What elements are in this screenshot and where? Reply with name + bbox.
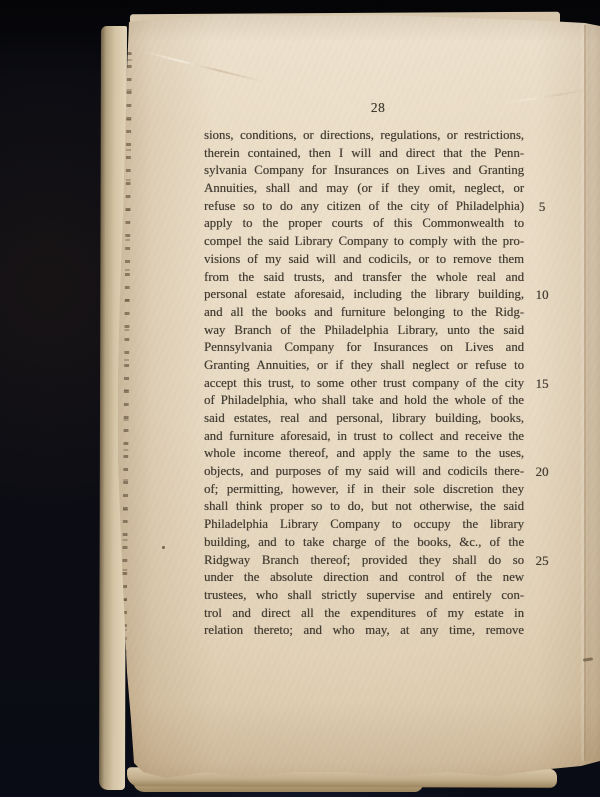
text-line: visions of my said will and codicils, or… — [204, 251, 524, 269]
page-number: 28 — [218, 100, 538, 116]
text-line: and all the books and furniture belongin… — [204, 304, 524, 322]
text-line: Pennsylvania Company for Insurances on L… — [204, 339, 524, 357]
text-line: Granting Annuities, or if they shall neg… — [204, 357, 524, 375]
text-line: Annuities, shall and may (or if they omi… — [204, 180, 524, 198]
margin-line-number: 15 — [529, 375, 555, 393]
text-line: and furniture aforesaid, in trust to col… — [204, 428, 524, 446]
fore-edge-line — [584, 25, 586, 761]
text-line: Philadelphia Library Company to occupy t… — [204, 516, 524, 534]
text-line: whole income thereof, and apply the same… — [204, 445, 524, 463]
text-line: said estates, real and personal, library… — [204, 410, 524, 428]
edge-mark — [583, 657, 593, 661]
paper-crease — [144, 51, 266, 83]
margin-line-number: 25 — [529, 552, 555, 570]
text-line: sylvania Company for Insurances on Lives… — [204, 162, 524, 180]
text-line: of; permitting, however, if in their sol… — [204, 481, 524, 499]
text-line: compel the said Library Company to compl… — [204, 233, 524, 251]
text-line: apply to the proper courts of this Commo… — [204, 215, 524, 233]
margin-line-number: 10 — [529, 286, 555, 304]
margin-line-number: 20 — [529, 463, 555, 481]
text-line: building, and to take charge of the book… — [204, 534, 524, 552]
text-line: trol and direct all the expenditures of … — [204, 605, 524, 623]
text-line: trustees, who shall strictly supervise a… — [204, 587, 524, 605]
body-text: sions, conditions, or directions, regula… — [204, 127, 524, 640]
text-line: relation thereto; and who may, at any ti… — [204, 622, 524, 640]
text-line: therein contained, then I will and direc… — [204, 145, 524, 163]
ink-speck — [162, 546, 165, 549]
text-line: refuse so to do any citizen of the city … — [204, 198, 524, 216]
text-line: shall think proper so to do, but not oth… — [204, 498, 524, 516]
text-line: way Branch of the Philadelphia Library, … — [204, 322, 524, 340]
text-line: under the absolute direction and control… — [204, 569, 524, 587]
text-line: from the said trusts, and transfer the w… — [204, 269, 524, 287]
text-line: objects, and purposes of my said will an… — [204, 463, 524, 481]
text-line: Ridgway Branch thereof; provided they sh… — [204, 552, 524, 570]
scanned-book-page-photo: 28 sions, conditions, or directions, reg… — [0, 0, 600, 797]
margin-line-number: 5 — [529, 198, 555, 216]
text-line: of Philadelphia, who shall take and hold… — [204, 392, 524, 410]
text-line: personal estate aforesaid, including the… — [204, 286, 524, 304]
text-line: sions, conditions, or directions, regula… — [204, 127, 524, 145]
text-line: accept this trust, to some other trust c… — [204, 375, 524, 393]
